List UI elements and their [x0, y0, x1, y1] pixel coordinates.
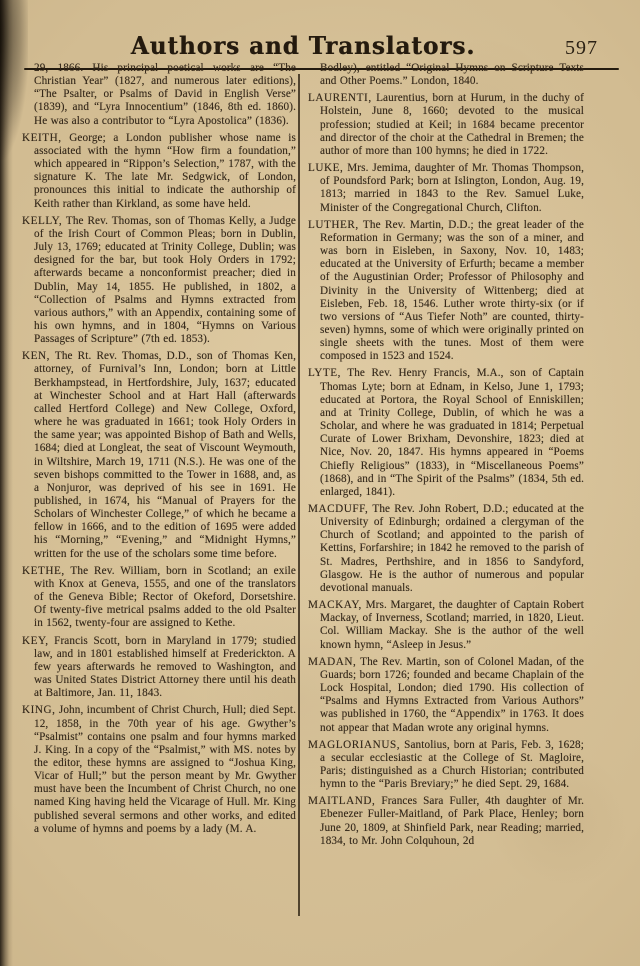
- entry-maglorianus: MAGLORIANUS, Santolius, born at Paris, F…: [308, 739, 584, 792]
- entry-luke: LUKE, Mrs. Jemima, daughter of Mr. Thoma…: [308, 162, 584, 215]
- right-column: Bodley), entitled “Original Hymns on Scr…: [308, 62, 584, 952]
- entry-body: The Rev. Martin, D.D.; the great leader …: [320, 219, 584, 363]
- entry-headword: LUKE,: [308, 162, 343, 174]
- entry-body: The Rt. Rev. Thomas, D.D., son of Thomas…: [34, 350, 296, 559]
- entry-luther: LUTHER, The Rev. Martin, D.D.; the great…: [308, 219, 584, 364]
- entry-headword: LAURENTI,: [308, 92, 372, 104]
- entry-maitland: MAITLAND, Frances Sara Fuller, 4th daugh…: [308, 795, 584, 848]
- entry-body: Mrs. Jemima, daughter of Mr. Thomas Thom…: [320, 162, 584, 213]
- entry-headword: LYTE,: [308, 367, 341, 379]
- entry-headword: KEY,: [22, 635, 49, 647]
- entry-kethe: KETHE, The Rev. William, born in Scotlan…: [22, 565, 296, 631]
- entry-headword: MADAN,: [308, 656, 356, 668]
- entry-body: George; a London publisher whose name is…: [34, 132, 296, 210]
- entry-headword: KEN,: [22, 350, 50, 362]
- entry-body: The Rev. John Robert, D.D.; educated at …: [320, 503, 584, 594]
- entry-body: The Rev. Henry Francis, M.A., son of Cap…: [320, 367, 584, 497]
- entry-key: KEY, Francis Scott, born in Maryland in …: [22, 635, 296, 701]
- continued-entry-keble: 29, 1866. His principal poetical works a…: [22, 62, 296, 128]
- entry-madan: MADAN, The Rev. Martin, son of Colonel M…: [308, 656, 584, 735]
- entry-ken: KEN, The Rt. Rev. Thomas, D.D., son of T…: [22, 350, 296, 561]
- entry-body: Francis Scott, born in Maryland in 1779;…: [34, 635, 296, 700]
- entry-body: Bodley), entitled “Original Hymns on Scr…: [320, 62, 584, 87]
- entry-headword: MAITLAND,: [308, 795, 375, 807]
- book-page-scan: { "colors": { "paper": "#d2bc92", "ink":…: [0, 0, 640, 966]
- scan-gutter-shadow: [0, 0, 13, 966]
- entry-laurenti: LAURENTI, Laurentius, born at Hurum, in …: [308, 92, 584, 158]
- entry-headword: KELLY,: [22, 215, 62, 227]
- entry-king: KING, John, incumbent of Christ Church, …: [22, 704, 296, 836]
- left-column: 29, 1866. His principal poetical works a…: [22, 62, 296, 952]
- entry-mackay: MACKAY, Mrs. Margaret, the daughter of C…: [308, 599, 584, 652]
- page-header-title: Authors and Translators.: [33, 31, 573, 60]
- entry-headword: KING,: [22, 704, 56, 716]
- entry-body: The Rev. Thomas, son of Thomas Kelly, a …: [34, 215, 296, 345]
- entry-lyte: LYTE, The Rev. Henry Francis, M.A., son …: [308, 367, 584, 499]
- entry-body: The Rev. William, born in Scotland; an e…: [34, 565, 296, 630]
- page-number: 597: [565, 37, 598, 60]
- entry-headword: LUTHER,: [308, 219, 359, 231]
- entry-body: 29, 1866. His principal poetical works a…: [34, 62, 296, 127]
- entry-body: The Rev. Martin, son of Colonel Madan, o…: [320, 656, 584, 734]
- entry-macduff: MACDUFF, The Rev. John Robert, D.D.; edu…: [308, 503, 584, 595]
- continued-entry-bodley: Bodley), entitled “Original Hymns on Scr…: [308, 62, 584, 88]
- entry-headword: KEITH,: [22, 132, 62, 144]
- entry-keith: KEITH, George; a London publisher whose …: [22, 132, 296, 211]
- entry-headword: MAGLORIANUS,: [308, 739, 400, 751]
- column-divider: [298, 74, 300, 916]
- entry-headword: MACKAY,: [308, 599, 362, 611]
- entry-headword: MACDUFF,: [308, 503, 368, 515]
- entry-kelly: KELLY, The Rev. Thomas, son of Thomas Ke…: [22, 215, 296, 347]
- entry-headword: KETHE,: [22, 565, 65, 577]
- entry-body: John, incumbent of Christ Church, Hull; …: [34, 704, 296, 834]
